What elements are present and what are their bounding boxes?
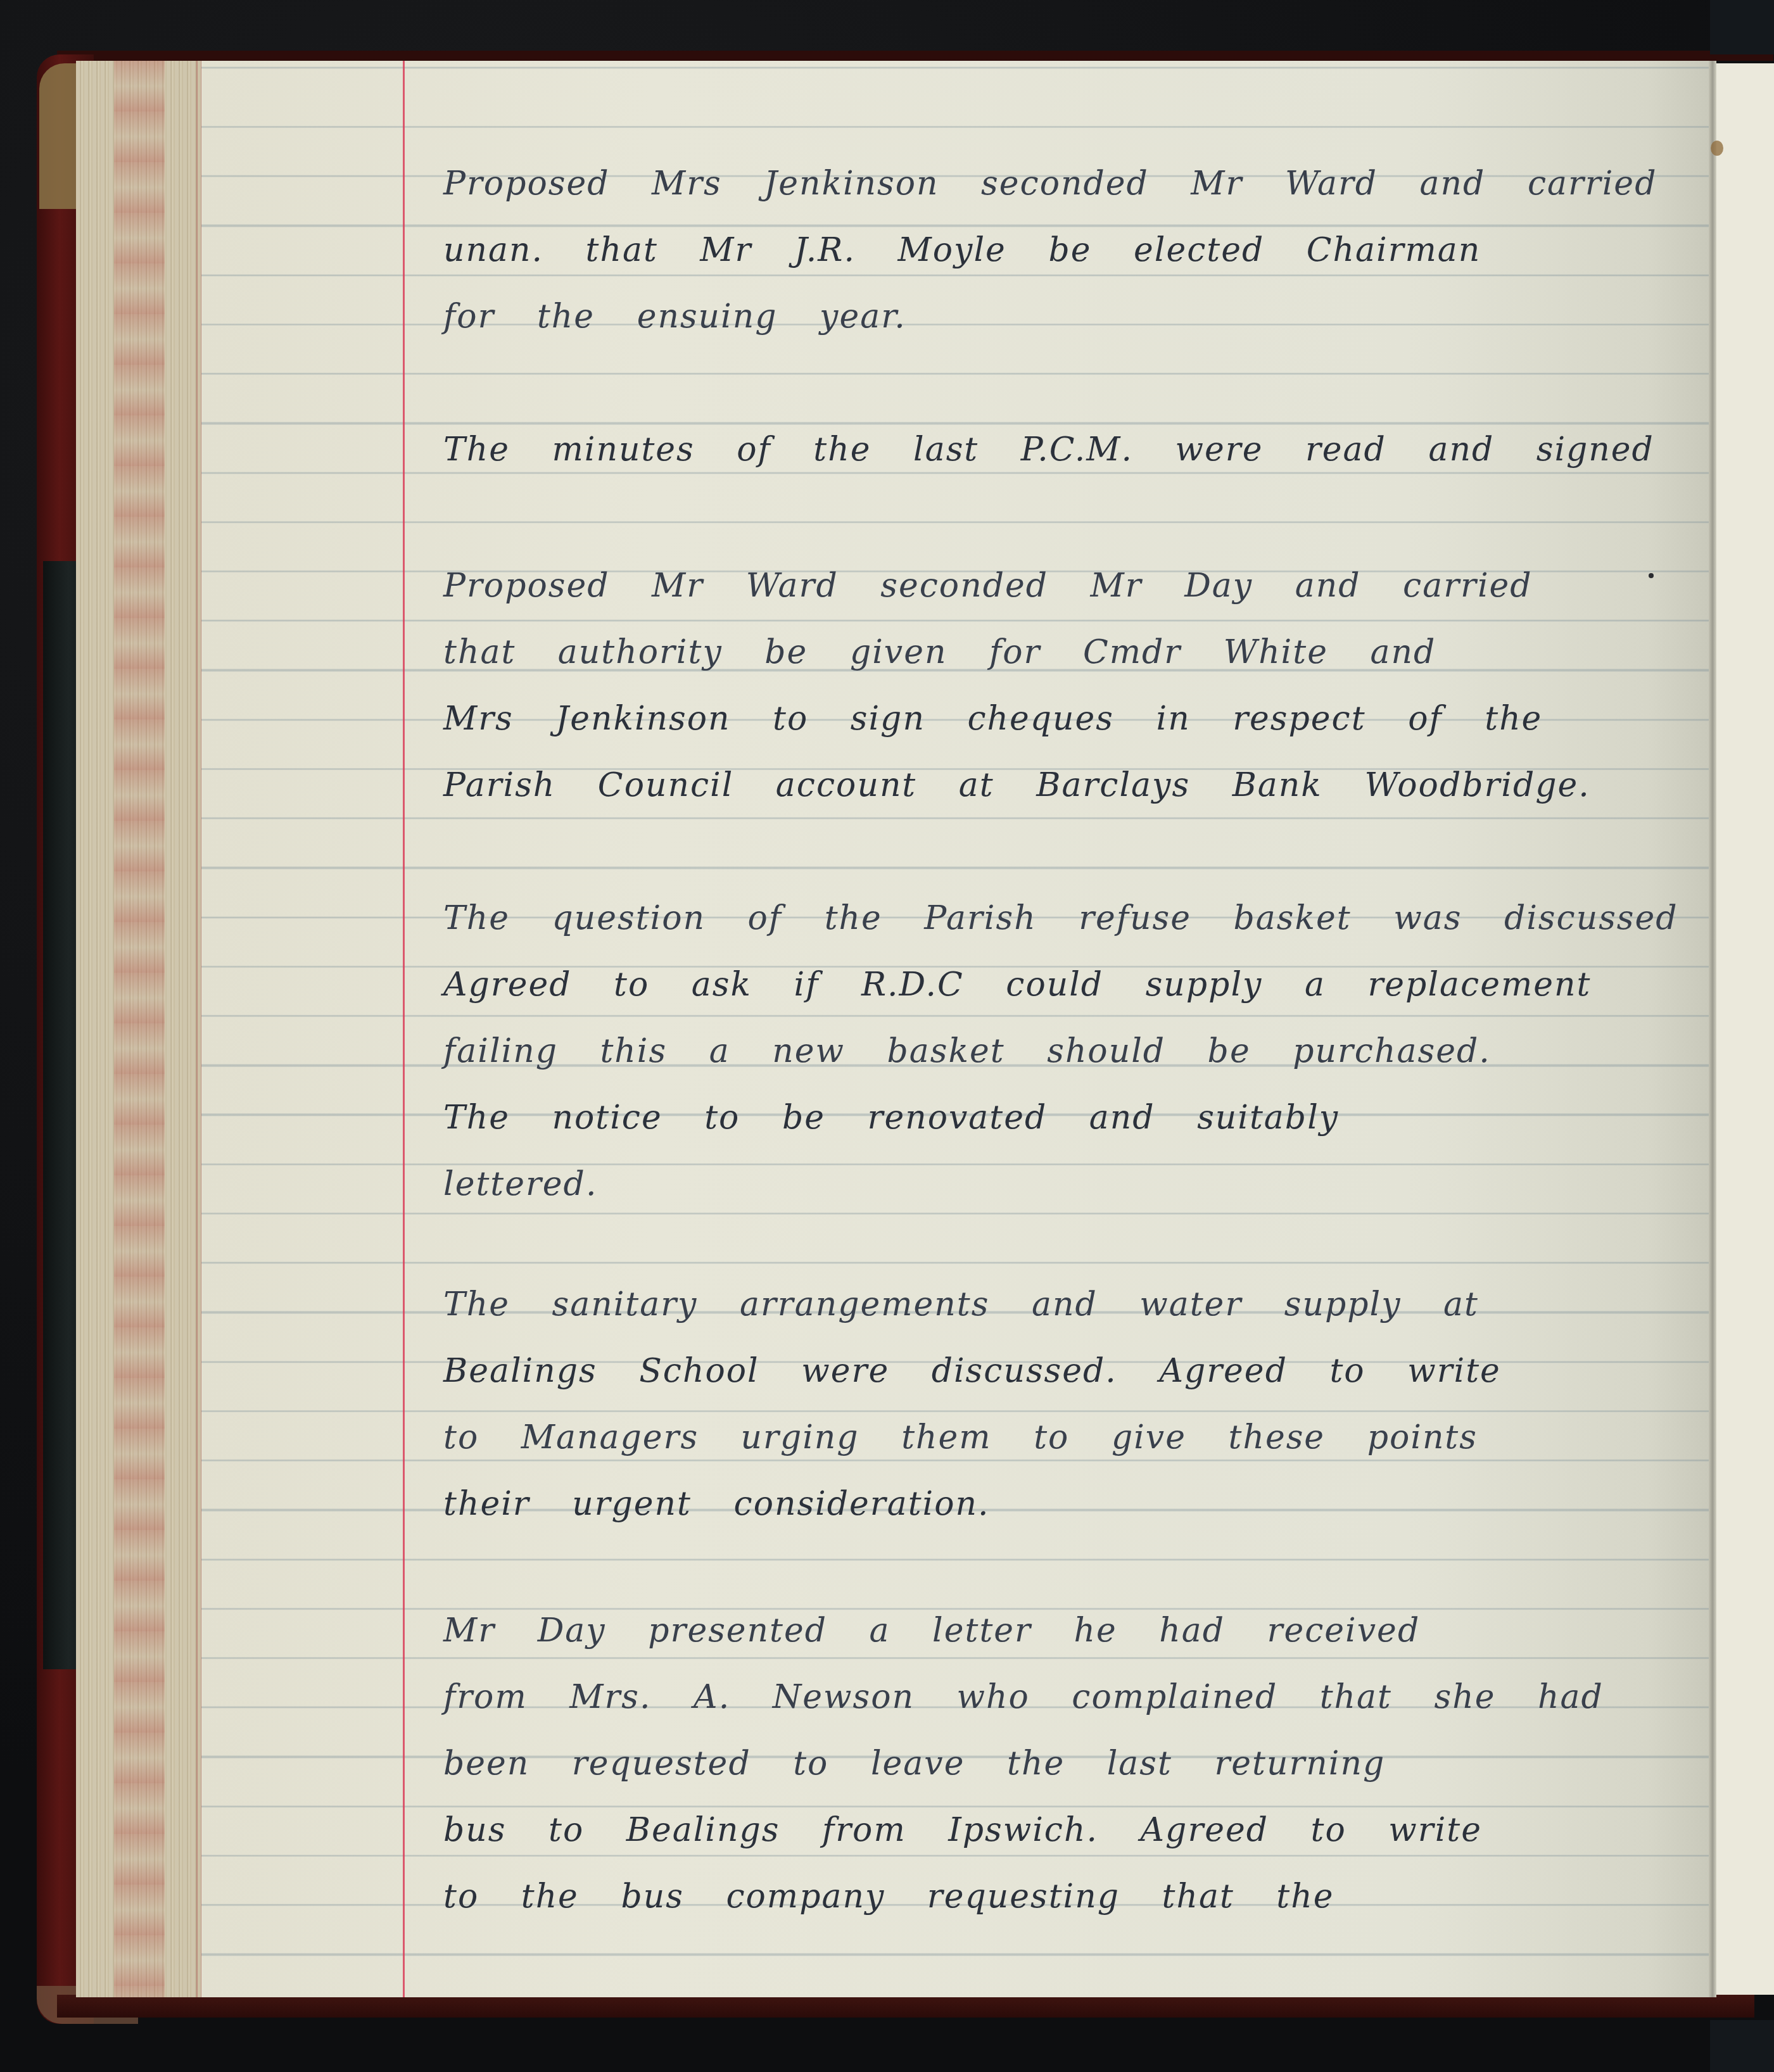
minute-line: Bealings School were discussed. Agreed t… [443, 1352, 1501, 1390]
minute-line: for the ensuing year. [443, 298, 906, 336]
minute-line: their urgent consideration. [443, 1485, 990, 1523]
page-fore-edge-stack [76, 61, 203, 1997]
rust-stain [1711, 141, 1723, 156]
book-cover-bottom-edge [57, 1995, 1754, 2018]
minute-line: unan. that Mr J.R. Moyle be elected Chai… [443, 231, 1481, 269]
page-edge-line [196, 61, 198, 1997]
red-sprinkled-edge [114, 61, 165, 1997]
red-margin-rule [403, 61, 405, 1997]
minute-line: to Managers urging them to give these po… [443, 1418, 1478, 1456]
ink-speck [1649, 573, 1654, 578]
minute-line: Proposed Mrs Jenkinson seconded Mr Ward … [443, 165, 1657, 203]
minute-line: Parish Council account at Barclays Bank … [443, 766, 1590, 804]
minute-line: bus to Bealings from Ipswich. Agreed to … [443, 1811, 1482, 1849]
minute-line: The question of the Parish refuse basket… [443, 899, 1678, 937]
minute-line: lettered. [443, 1165, 597, 1203]
spine-bottom [1710, 2020, 1774, 2072]
minute-line: Agreed to ask if R.D.C could supply a re… [443, 966, 1591, 1004]
minute-line: The sanitary arrangements and water supp… [443, 1286, 1479, 1323]
book-cover-top-edge [57, 51, 1773, 61]
spine-top [1710, 0, 1774, 54]
minute-line: to the bus company requesting that the [443, 1878, 1334, 1916]
minute-line: The minutes of the last P.C.M. were read… [443, 431, 1654, 469]
minute-line: that authority be given for Cmdr White a… [443, 633, 1436, 671]
minute-line: from Mrs. A. Newson who complained that … [443, 1678, 1604, 1716]
facing-page-edge [1716, 63, 1774, 1995]
minute-line: Mr Day presented a letter he had receive… [443, 1612, 1420, 1650]
minute-line: been requested to leave the last returni… [443, 1745, 1385, 1783]
book-gutter [1709, 61, 1716, 1997]
minute-line: The notice to be renovated and suitably [443, 1099, 1339, 1137]
minute-line: failing this a new basket should be purc… [443, 1032, 1491, 1070]
minute-line: Mrs Jenkinson to sign cheques in respect… [443, 700, 1542, 738]
minute-line: Proposed Mr Ward seconded Mr Day and car… [443, 567, 1533, 605]
